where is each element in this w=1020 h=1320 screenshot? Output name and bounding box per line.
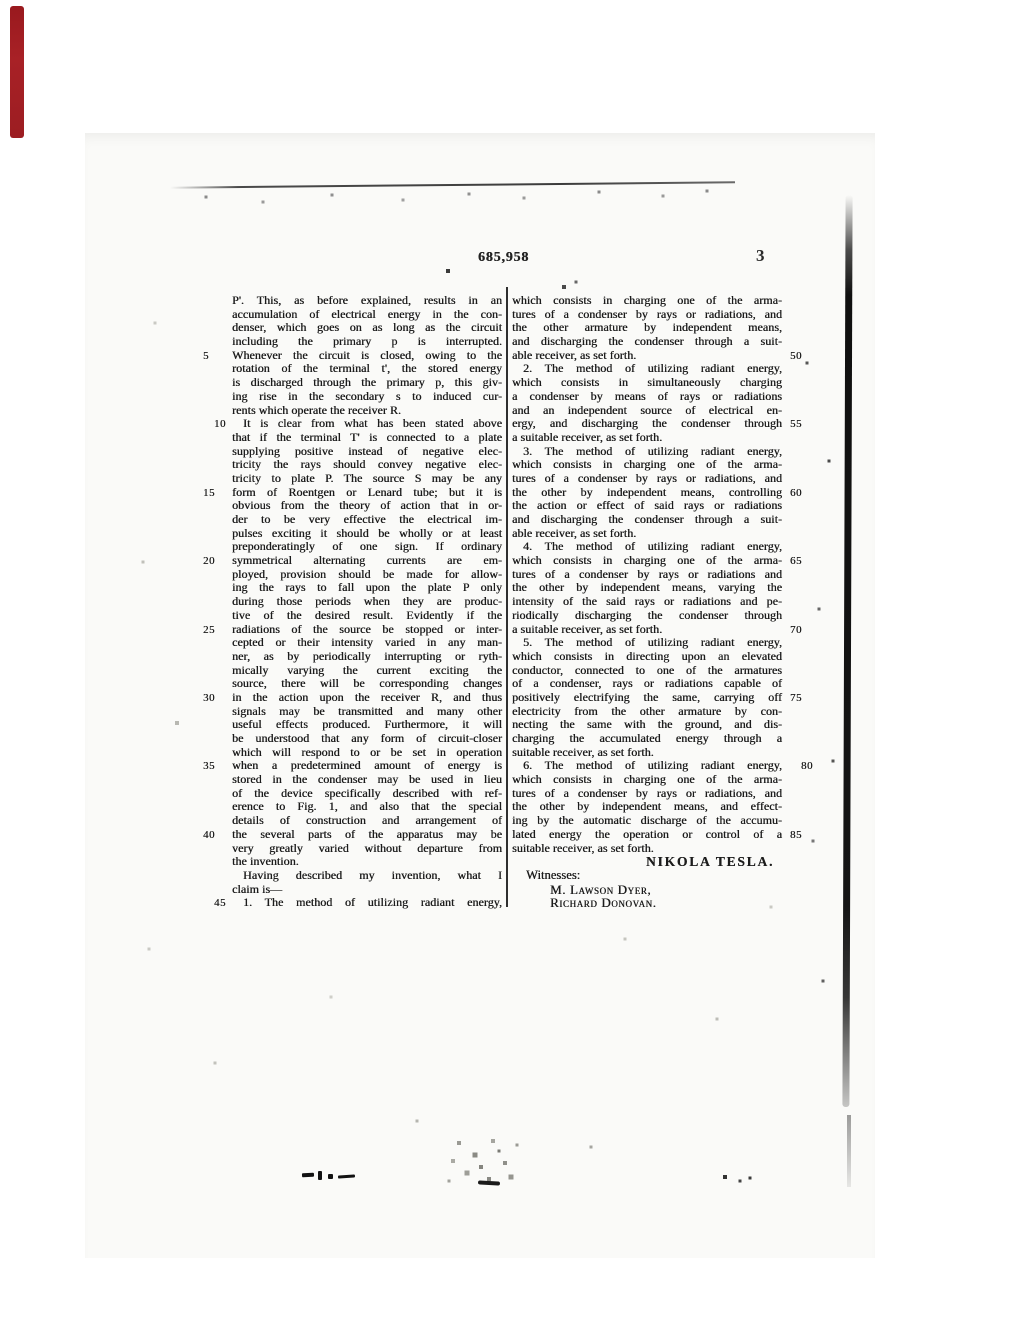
text-line: intensity of the said rays or radiations… xyxy=(512,595,782,609)
text-line: ing rise in the secondary s to induced c… xyxy=(232,390,502,404)
text-line: necting the same with the ground, and di… xyxy=(512,718,782,732)
right-column: which consists in charging one of the ar… xyxy=(512,294,782,910)
line-number: 65 xyxy=(790,555,814,567)
text-line: 65which consists in charging one of the … xyxy=(512,554,782,568)
text-line: 806. The method of utilizing radiant ene… xyxy=(512,759,782,773)
line-number: 5 xyxy=(203,350,225,362)
text-line: tures of a condenser by rays or radiatio… xyxy=(512,787,782,801)
text-line: details of construction and arrangement … xyxy=(232,814,502,828)
text-line: obvious from the theory of action that i… xyxy=(232,499,502,513)
text-line: source, there will be corresponding chan… xyxy=(232,677,502,691)
text-line: supplying positive instead of negative e… xyxy=(232,445,502,459)
text-line: ployed, provision should be made for all… xyxy=(232,568,502,582)
text-line: and discharging the condenser through a … xyxy=(512,335,782,349)
text-line: ing by the automatic discharge of the ac… xyxy=(512,814,782,828)
text-line: 20symmetrical alternating currents are e… xyxy=(232,554,502,568)
text-line: 451. The method of utilizing radiant ene… xyxy=(232,896,502,910)
text-line: 60the other by independent means, contro… xyxy=(512,486,782,500)
text-line: and an independent source of electrical … xyxy=(512,404,782,418)
text-line: 5Whenever the circuit is closed, owing t… xyxy=(232,349,502,363)
text-line: which will respond to or be set in opera… xyxy=(232,746,502,760)
binding-shadow-tail xyxy=(847,1115,851,1187)
text-line: ing the rays to fall upon the plate P on… xyxy=(232,581,502,595)
line-number: 55 xyxy=(790,418,814,430)
patent-page-scan: 685,958 3 P'. This, as before explained,… xyxy=(0,0,1020,1320)
text-line: Having described my invention, what I xyxy=(232,869,502,883)
text-line: der to be very effective the electrical … xyxy=(232,513,502,527)
text-line: the other armature by independent means, xyxy=(512,321,782,335)
text-line: be understood that any form of circuit-c… xyxy=(232,732,502,746)
text-line: cepted or their intensity varied in any … xyxy=(232,636,502,650)
witness-name: Richard Donovan. xyxy=(512,896,782,910)
text-line: 15form of Roentgen or Lenard tube; but i… xyxy=(232,486,502,500)
line-number: 45 xyxy=(203,897,225,909)
line-number: 75 xyxy=(790,692,814,704)
text-line: 85lated energy the operation or control … xyxy=(512,828,782,842)
text-line: useful effects produced. Furthermore, it… xyxy=(232,718,502,732)
witnesses-label: Witnesses: xyxy=(512,869,782,883)
text-line: of a condenser, rays or radiations capab… xyxy=(512,677,782,691)
text-line: a suitable receiver, as set forth. xyxy=(512,431,782,445)
text-line: which consists in directing upon an elev… xyxy=(512,650,782,664)
text-line: 35when a predetermined amount of energy … xyxy=(232,759,502,773)
text-line: the action or effect of said rays or rad… xyxy=(512,499,782,513)
line-number: 80 xyxy=(790,760,814,772)
line-number: 85 xyxy=(790,829,814,841)
text-line: signals may be transmitted and many othe… xyxy=(232,705,502,719)
inventor-signature: NIKOLA TESLA. xyxy=(512,855,782,869)
line-number: 50 xyxy=(790,350,814,362)
text-line: 70a suitable receiver, as set forth. xyxy=(512,623,782,637)
text-line: that if the terminal T' is connected to … xyxy=(232,431,502,445)
text-line: able receiver, as set forth. xyxy=(512,527,782,541)
text-line: 50able receiver, as set forth. xyxy=(512,349,782,363)
text-line: very greatly varied without departure fr… xyxy=(232,842,502,856)
text-line: 5. The method of utilizing radiant energ… xyxy=(512,636,782,650)
text-line: and discharging the condenser through a … xyxy=(512,513,782,527)
patent-number: 685,958 xyxy=(478,250,529,266)
text-line: of the device specifically described wit… xyxy=(232,787,502,801)
text-line: tive of the desired result. Evidently if… xyxy=(232,609,502,623)
text-line: the other by independent means, varying … xyxy=(512,581,782,595)
text-line: 75positively electrifying the same, carr… xyxy=(512,691,782,705)
text-line: including the primary p is interrupted. xyxy=(232,335,502,349)
text-line: tures of a condenser by rays or radiatio… xyxy=(512,308,782,322)
line-number: 35 xyxy=(203,760,225,772)
text-line: ner, as by periodically interrupting or … xyxy=(232,650,502,664)
text-line: during those periods when they are produ… xyxy=(232,595,502,609)
page-number: 3 xyxy=(756,246,765,266)
line-number: 60 xyxy=(790,487,814,499)
text-line: rotation of the terminal t', the stored … xyxy=(232,362,502,376)
text-line: electricity from the other armature by c… xyxy=(512,705,782,719)
text-line: tricity to plate P. The source S may be … xyxy=(232,472,502,486)
witness-name: M. Lawson Dyer, xyxy=(512,883,782,897)
line-number: 25 xyxy=(203,624,225,636)
text-line: mically varying the current exciting the xyxy=(232,664,502,678)
text-line: tricity the rays should convey negative … xyxy=(232,458,502,472)
line-number: 10 xyxy=(203,418,225,430)
text-line: riodically discharging the condenser thr… xyxy=(512,609,782,623)
text-line: denser, which goes on as long as the cir… xyxy=(232,321,502,335)
scan-smudge xyxy=(440,1132,442,1134)
text-line: 30in the action upon the receiver R, and… xyxy=(232,691,502,705)
pen-marks xyxy=(302,1171,362,1185)
line-number: 40 xyxy=(203,829,225,841)
text-line: the other by independent means, and effe… xyxy=(512,800,782,814)
text-line: preponderatingly of one sign. If ordinar… xyxy=(232,540,502,554)
text-line: which consists in charging one of the ar… xyxy=(512,773,782,787)
text-line: rents which operate the receiver R. xyxy=(232,404,502,418)
scan-specks xyxy=(0,0,2,2)
text-line: accumulation of electrical energy in the… xyxy=(232,308,502,322)
text-line: conductor, connected to one of the armat… xyxy=(512,664,782,678)
left-column: P'. This, as before explained, results i… xyxy=(232,294,502,910)
text-line: which consists in charging one of the ar… xyxy=(512,294,782,308)
text-line: 3. The method of utilizing radiant energ… xyxy=(512,445,782,459)
text-line: 10It is clear from what has been stated … xyxy=(232,417,502,431)
text-line: 4. The method of utilizing radiant energ… xyxy=(512,540,782,554)
text-line: which consists in simultaneously chargin… xyxy=(512,376,782,390)
line-number: 15 xyxy=(203,487,225,499)
text-line: charging the accumulated energy through … xyxy=(512,732,782,746)
line-number: 20 xyxy=(203,555,225,567)
line-number: 30 xyxy=(203,692,225,704)
text-line: P'. This, as before explained, results i… xyxy=(232,294,502,308)
text-line: tures of a condenser by rays or radiatio… xyxy=(512,472,782,486)
text-line: stored in the condenser may be used in l… xyxy=(232,773,502,787)
text-line: a condenser by means of rays or radiatio… xyxy=(512,390,782,404)
text-line: 25radiations of the source be stopped or… xyxy=(232,623,502,637)
text-line: 2. The method of utilizing radiant energ… xyxy=(512,362,782,376)
text-line: is discharged through the primary p, thi… xyxy=(232,376,502,390)
column-divider xyxy=(506,287,508,907)
text-line: erence to Fig. 1, and also that the spec… xyxy=(232,800,502,814)
line-number: 70 xyxy=(790,624,814,636)
text-line: the invention. xyxy=(232,855,502,869)
text-line: claim is— xyxy=(232,883,502,897)
red-edge-mark xyxy=(10,6,24,138)
text-line: 40the several parts of the apparatus may… xyxy=(232,828,502,842)
text-line: which consists in charging one of the ar… xyxy=(512,458,782,472)
text-line: suitable receiver, as set forth. xyxy=(512,842,782,856)
text-line: 55ergy, and discharging the condenser th… xyxy=(512,417,782,431)
text-line: pulses exciting it should be wholly or a… xyxy=(232,527,502,541)
text-line: suitable receiver, as set forth. xyxy=(512,746,782,760)
text-line: tures of a condenser by rays or radiatio… xyxy=(512,568,782,582)
